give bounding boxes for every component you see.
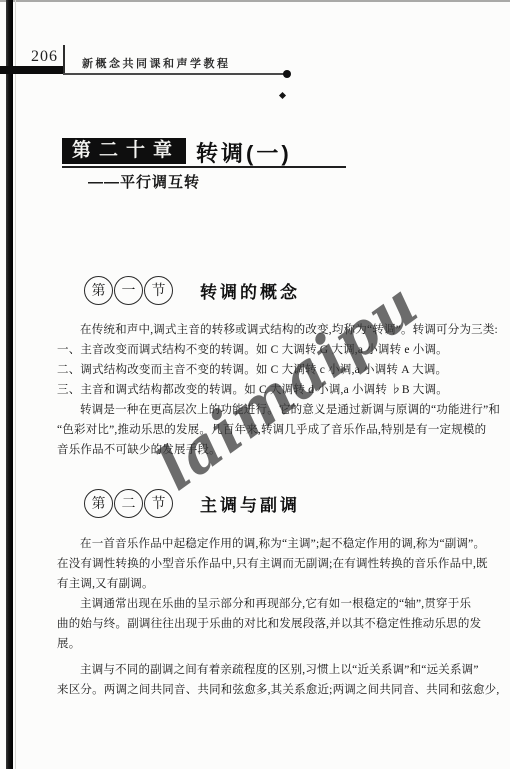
paragraph: 主调与不同的副调之间有着亲疏程度的区别,习惯上以“近关系调”和“远关系调” 来区… [57, 660, 457, 700]
header-rule [63, 73, 288, 75]
running-title: 新概念共同课和声学教程 [82, 55, 231, 71]
text-line: 在没有调性转换的小型音乐作品中,只有主调而无副调;在有调性转换的音乐作品中,既 [57, 554, 457, 574]
section-1-body: 在传统和声中,调式主音的转移或调式结构的改变,均称为“转调”。转调可分为三类: … [57, 320, 457, 460]
section-marker-circle: 第 [84, 489, 113, 518]
paragraph: 转调是一种在更高层次上的功能进行。它的意义是通过新调与原调的“功能进行”和 “色… [57, 400, 457, 460]
text-line: “色彩对比”,推动乐思的发展。几百年来,转调几乎成了音乐作品,特别是有一定规模的 [57, 420, 457, 440]
diamond-mark-icon [279, 92, 286, 99]
page-number: 206 [31, 48, 58, 66]
text-line: 一、主音改变而调式结构不变的转调。如 C 大调转 G 大调,a 小调转 e 小调… [57, 340, 457, 360]
text-line: 有主调,又有副调。 [57, 574, 457, 594]
bullet-dot-icon [283, 70, 291, 78]
binding-edge [6, 0, 13, 769]
section-2-header: 第二节 主调与副调 [84, 489, 300, 519]
paragraph: 主调通常出现在乐曲的呈示部分和再现部分,它有如一根稳定的“轴”,贯穿于乐 曲的始… [57, 594, 457, 654]
text-line: 主调与不同的副调之间有着亲疏程度的区别,习惯上以“近关系调”和“远关系调” [57, 660, 457, 680]
chapter-number-box: 第二十章 [62, 138, 186, 164]
text-line: 在传统和声中,调式主音的转移或调式结构的改变,均称为“转调”。转调可分为三类: [57, 320, 457, 340]
section-2-body: 在一首音乐作品中起稳定作用的调,称为“主调”;起不稳定作用的调,称为“副调”。 … [57, 534, 457, 700]
chapter-subtitle: ——平行调互转 [88, 171, 200, 192]
section-marker-circle: 一 [114, 276, 143, 305]
text-line: 主调通常出现在乐曲的呈示部分和再现部分,它有如一根稳定的“轴”,贯穿于乐 [57, 594, 457, 614]
text-line: 在一首音乐作品中起稳定作用的调,称为“主调”;起不稳定作用的调,称为“副调”。 [57, 534, 457, 554]
section-marker-circle: 第 [84, 276, 113, 305]
binding-hairline [15, 0, 16, 769]
section-marker-circle: 节 [144, 489, 173, 518]
chapter-underline [62, 166, 346, 168]
section-1-header: 第一节 转调的概念 [84, 276, 300, 306]
paragraph: 在传统和声中,调式主音的转移或调式结构的改变,均称为“转调”。转调可分为三类: … [57, 320, 457, 400]
section-2-title: 主调与副调 [200, 491, 300, 516]
header-thick-bar [0, 66, 63, 74]
text-line: 音乐作品不可缺少的发展手段。 [57, 440, 457, 460]
section-marker-circle: 二 [114, 489, 143, 518]
text-line: 二、调式结构改变而主音不变的转调。如 C 大调转 c 小调,a 小调转 A 大调… [57, 360, 457, 380]
section-marker-circle: 节 [144, 276, 173, 305]
text-line: 转调是一种在更高层次上的功能进行。它的意义是通过新调与原调的“功能进行”和 [57, 400, 457, 420]
section-1-title: 转调的概念 [200, 278, 300, 303]
text-line: 曲的始与终。副调往往出现于乐曲的对比和发展段落,并以其不稳定性推动乐思的发 [57, 614, 457, 634]
book-page: 206 新概念共同课和声学教程 第二十章 转调(一) ——平行调互转 第一节 转… [0, 0, 510, 769]
text-line: 来区分。两调之间共同音、共同和弦愈多,其关系愈近;两调之间共同音、共同和弦愈少, [57, 680, 457, 700]
scan-top-edge [0, 0, 510, 2]
paragraph: 在一首音乐作品中起稳定作用的调,称为“主调”;起不稳定作用的调,称为“副调”。 … [57, 534, 457, 594]
text-line: 展。 [57, 634, 457, 654]
header-divider [63, 45, 65, 74]
text-line: 三、主音和调式结构都改变的转调。如 C 大调转 d 小调,a 小调转 ♭B 大调… [57, 380, 457, 400]
chapter-title: 转调(一) [196, 137, 292, 168]
